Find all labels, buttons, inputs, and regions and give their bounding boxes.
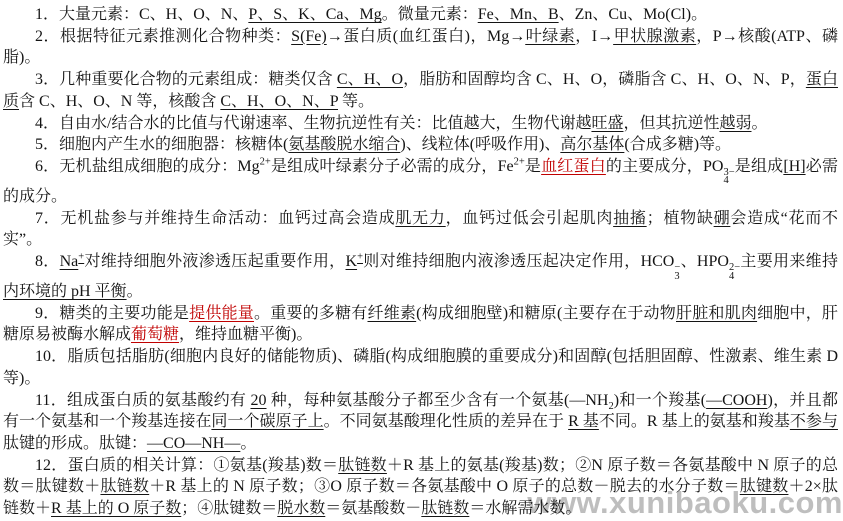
note-item-6: 6．无机盐组成细胞的成分：Mg2+是组成叶绿素分子必需的成分，Fe2+是血红蛋白… xyxy=(3,156,838,208)
notes-page: 1．大量元素：C、H、O、N、P、S、K、Ca、Mg。微量元素：Fe、Mn、B、… xyxy=(0,0,843,521)
note-item-7: 7．无机盐参与并维持生命活动：血钙过高会造成肌无力，血钙过低会引起肌肉抽搐；植物… xyxy=(3,208,838,251)
note-item-3: 3．几种重要化合物的元素组成：糖类仅含 C、H、O，脂肪和固醇均含 C、H、O，… xyxy=(3,69,838,112)
note-item-4: 4．自由水/结合水的比值与代谢速率、生物抗逆性有关：比值越大，生物代谢越旺盛，但… xyxy=(3,113,838,135)
note-item-12: 12．蛋白质的相关计算：①氨基(羧基)数＝肽链数＋R 基上的氨基(羧基)数；②N… xyxy=(3,455,838,520)
note-item-1: 1．大量元素：C、H、O、N、P、S、K、Ca、Mg。微量元素：Fe、Mn、B、… xyxy=(3,4,838,26)
note-item-11: 11．组成蛋白质的氨基酸约有 20 种，每种氨基酸分子都至少含有一个氨基(—NH… xyxy=(3,390,838,455)
note-item-9: 9．糖类的主要功能是提供能量。重要的多糖有纤维素(构成细胞壁)和糖原(主要存在于… xyxy=(3,303,838,346)
notes-content: 1．大量元素：C、H、O、N、P、S、K、Ca、Mg。微量元素：Fe、Mn、B、… xyxy=(0,0,843,520)
note-item-10: 10．脂质包括脂肪(细胞内良好的储能物质)、磷脂(构成细胞膜的重要成分)和固醇(… xyxy=(3,346,838,389)
note-item-8: 8．Na+对维持细胞外液渗透压起重要作用，K+则对维持细胞内液渗透压起决定作用，… xyxy=(3,251,838,303)
note-item-5: 5．细胞内产生水的细胞器：核糖体(氨基酸脱水缩合)、线粒体(呼吸作用)、高尔基体… xyxy=(3,134,838,156)
note-item-2: 2．根据特征元素推测化合物种类：S(Fe)→蛋白质(血红蛋白)，Mg→叶绿素，I… xyxy=(3,26,838,69)
